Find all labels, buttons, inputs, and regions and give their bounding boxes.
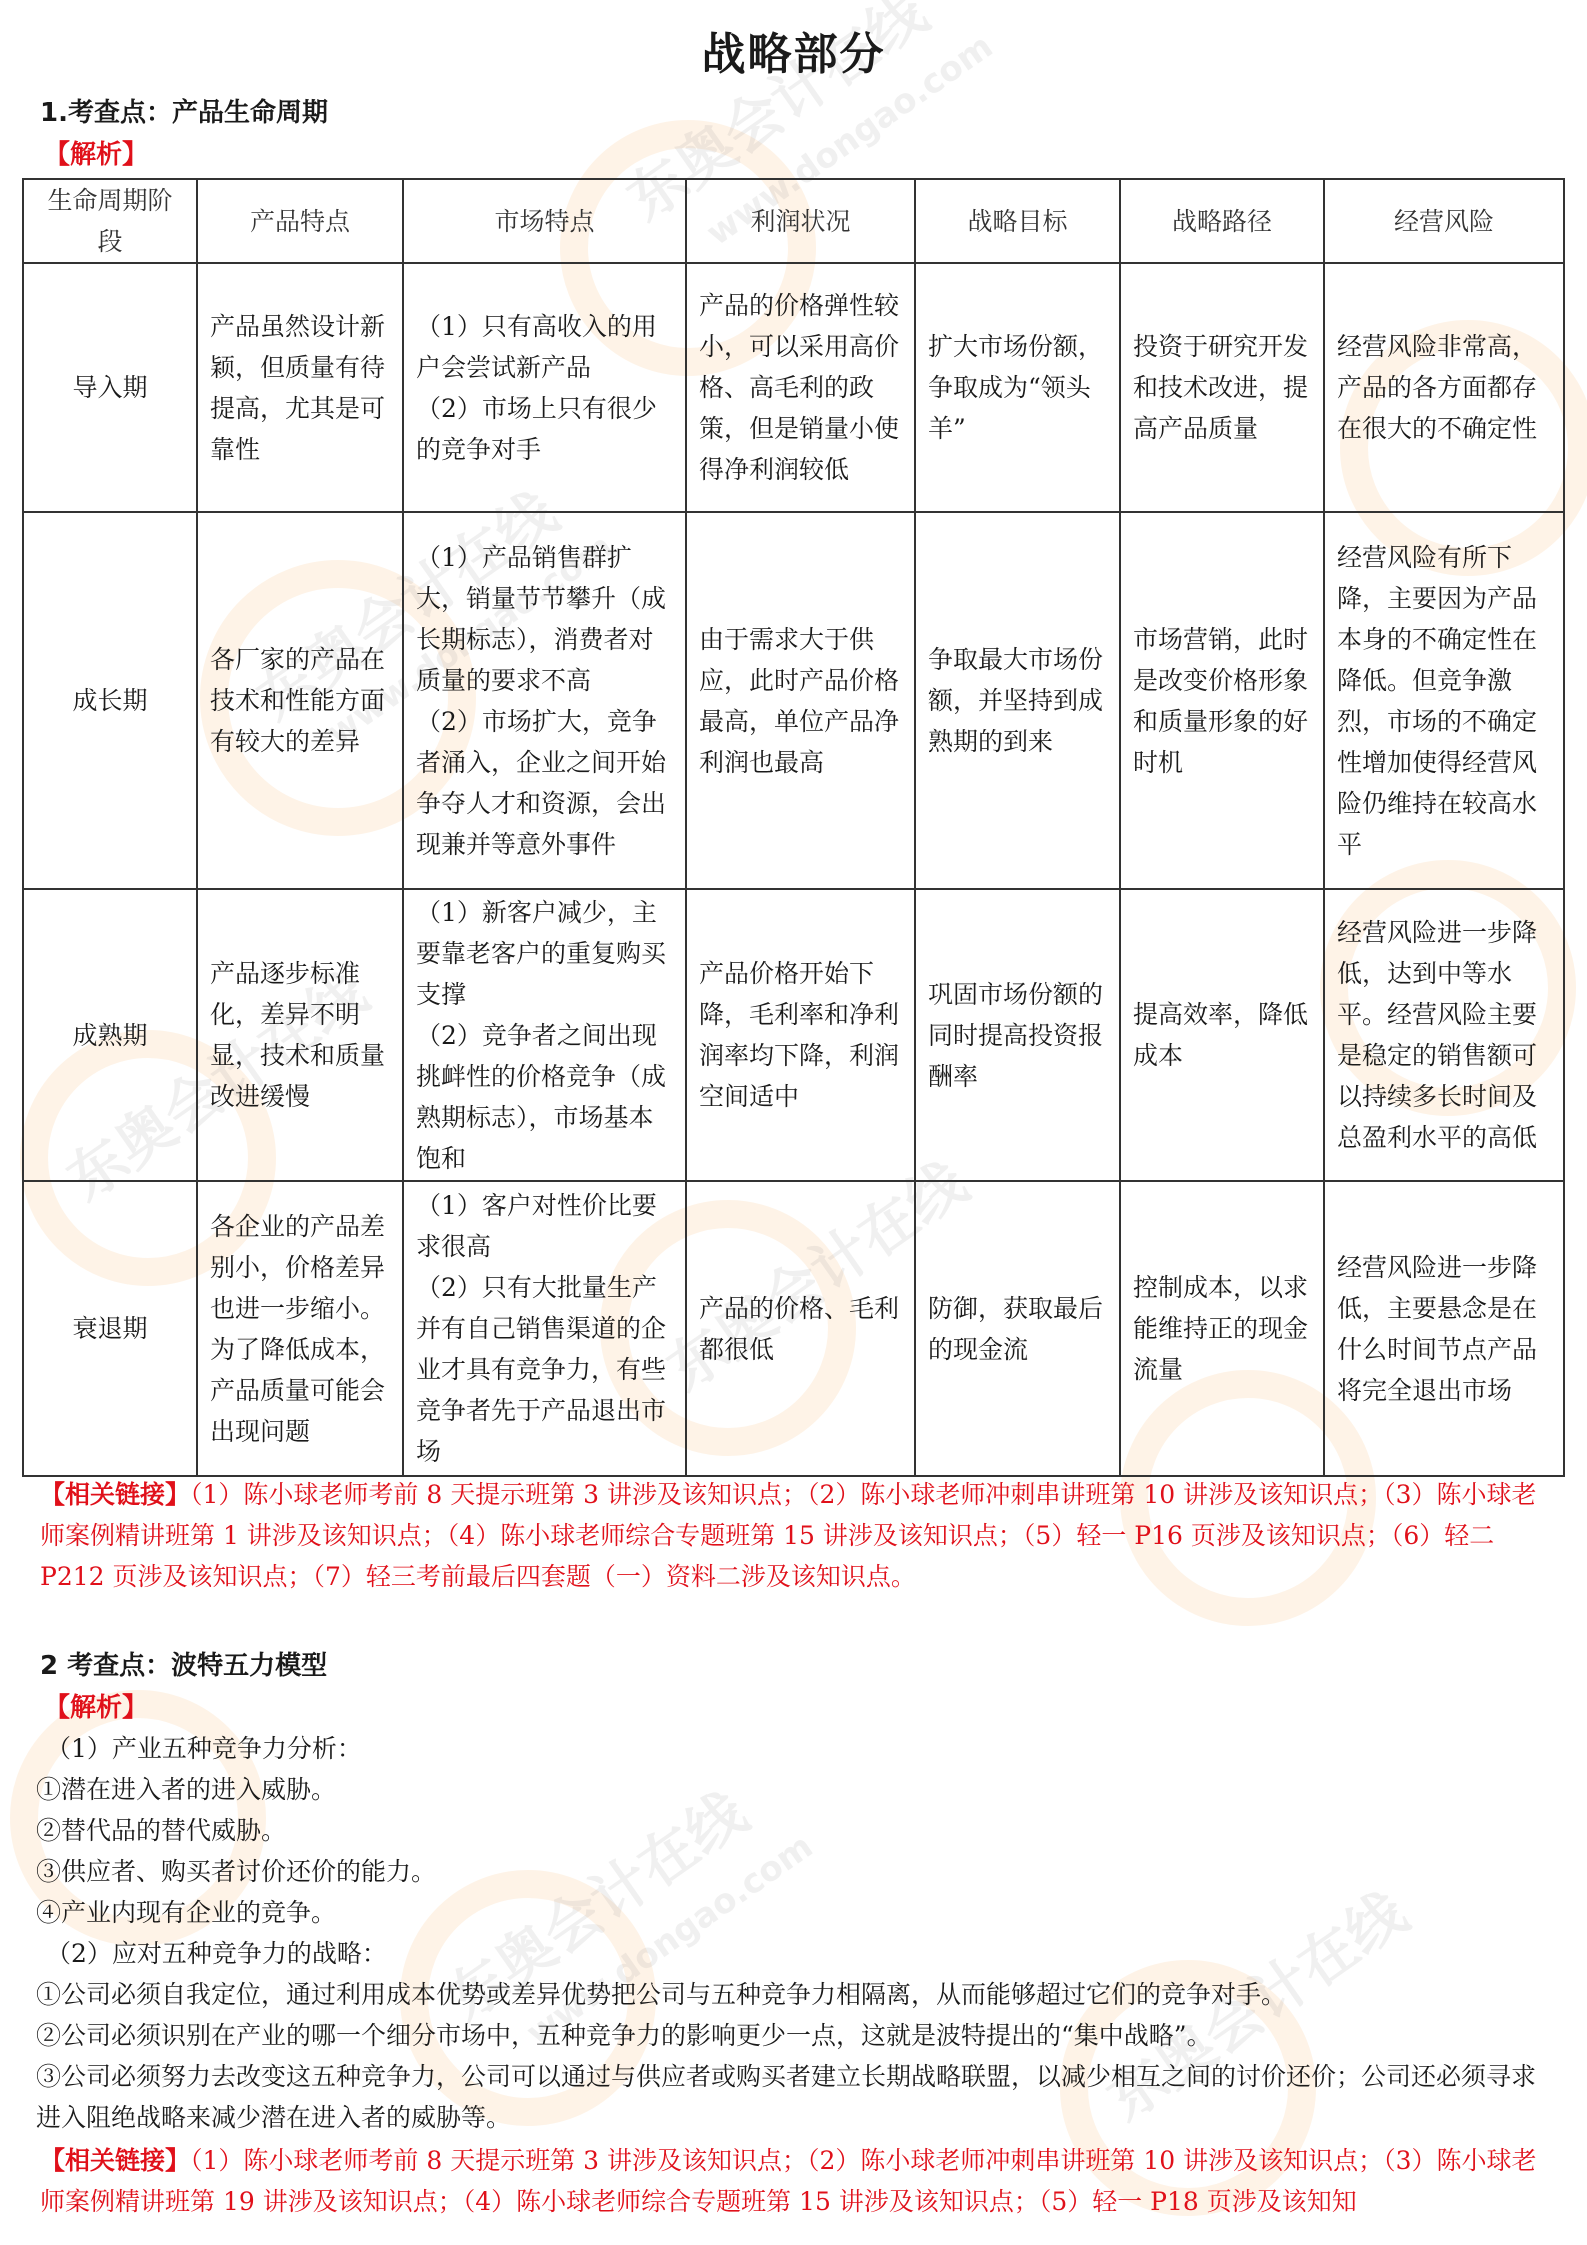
cell-product: 产品逐步标准化，差异不明显，技术和质量改进缓慢	[197, 889, 403, 1181]
table-row: 衰退期 各企业的产品差别小，价格差异也进一步缩小。为了降低成本，产品质量可能会出…	[23, 1181, 1564, 1476]
analysis-tag: 【解析】	[44, 1687, 148, 1724]
cell-profit: 产品价格开始下降，毛利率和净利润率均下降，利润空间适中	[686, 889, 915, 1181]
related-links-text: （1）陈小球老师考前 8 天提示班第 3 讲涉及该知识点；（2）陈小球老师冲刺串…	[40, 1480, 1537, 1591]
related-links-label: 【相关链接】	[40, 1480, 190, 1509]
cell-stage: 成长期	[23, 512, 197, 889]
analysis-tag: 【解析】	[44, 134, 148, 171]
paragraph: ①潜在进入者的进入威胁。	[36, 1769, 1556, 1810]
cell-goal: 防御，获取最后的现金流	[915, 1181, 1120, 1476]
paragraph: （2）应对五种竞争力的战略：	[36, 1933, 1556, 1974]
paragraph: ③供应者、购买者讨价还价的能力。	[36, 1851, 1556, 1892]
cell-market: （1）客户对性价比要求很高 （2）只有大批量生产并有自己销售渠道的企业才具有竞争…	[403, 1181, 686, 1476]
cell-product: 各企业的产品差别小，价格差异也进一步缩小。为了降低成本，产品质量可能会出现问题	[197, 1181, 403, 1476]
column-header: 产品特点	[197, 179, 403, 263]
table-row: 导入期 产品虽然设计新颖，但质量有待提高，尤其是可靠性 （1）只有高收入的用户会…	[23, 263, 1564, 512]
cell-profit: 由于需求大于供应，此时产品价格最高，单位产品净利润也最高	[686, 512, 915, 889]
cell-goal: 扩大市场份额，争取成为“领头羊”	[915, 263, 1120, 512]
column-header: 战略路径	[1120, 179, 1324, 263]
cell-market: （1）只有高收入的用户会尝试新产品 （2）市场上只有很少的竞争对手	[403, 263, 686, 512]
cell-market: （1）产品销售群扩大，销量节节攀升（成长期标志），消费者对质量的要求不高 （2）…	[403, 512, 686, 889]
cell-product: 各厂家的产品在技术和性能方面有较大的差异	[197, 512, 403, 889]
cell-path: 控制成本，以求能维持正的现金流量	[1120, 1181, 1324, 1476]
section-heading: 1.考查点：产品生命周期	[40, 92, 328, 129]
cell-path: 市场营销，此时是改变价格形象和质量形象的好时机	[1120, 512, 1324, 889]
lifecycle-table: 生命周期阶段 产品特点 市场特点 利润状况 战略目标 战略路径 经营风险 导入期…	[22, 178, 1565, 1477]
table-row: 成长期 各厂家的产品在技术和性能方面有较大的差异 （1）产品销售群扩大，销量节节…	[23, 512, 1564, 889]
column-header: 经营风险	[1324, 179, 1564, 263]
paragraph: （1）产业五种竞争力分析：	[36, 1728, 1556, 1769]
cell-profit: 产品的价格、毛利都很低	[686, 1181, 915, 1476]
table-header-row: 生命周期阶段 产品特点 市场特点 利润状况 战略目标 战略路径 经营风险	[23, 179, 1564, 263]
related-links-text: （1）陈小球老师考前 8 天提示班第 3 讲涉及该知识点；（2）陈小球老师冲刺串…	[40, 2146, 1537, 2216]
related-links: 【相关链接】（1）陈小球老师考前 8 天提示班第 3 讲涉及该知识点；（2）陈小…	[40, 2140, 1550, 2222]
column-header: 市场特点	[403, 179, 686, 263]
paragraph: ①公司必须自我定位，通过利用成本优势或差异优势把公司与五种竞争力相隔离，从而能够…	[36, 1974, 1556, 2015]
cell-stage: 成熟期	[23, 889, 197, 1181]
cell-risk: 经营风险进一步降低，达到中等水平。经营风险主要是稳定的销售额可以持续多长时间及总…	[1324, 889, 1564, 1181]
related-links: 【相关链接】（1）陈小球老师考前 8 天提示班第 3 讲涉及该知识点；（2）陈小…	[40, 1474, 1550, 1597]
paragraph: ②替代品的替代威胁。	[36, 1810, 1556, 1851]
cell-risk: 经营风险有所下降，主要因为产品本身的不确定性在降低。但竞争激烈，市场的不确定性增…	[1324, 512, 1564, 889]
related-links-label: 【相关链接】	[40, 2146, 190, 2175]
cell-product: 产品虽然设计新颖，但质量有待提高，尤其是可靠性	[197, 263, 403, 512]
five-forces-body: （1）产业五种竞争力分析： ①潜在进入者的进入威胁。 ②替代品的替代威胁。 ③供…	[36, 1728, 1556, 2138]
cell-path: 投资于研究开发和技术改进，提高产品质量	[1120, 263, 1324, 512]
cell-risk: 经营风险进一步降低，主要悬念是在什么时间节点产品将完全退出市场	[1324, 1181, 1564, 1476]
column-header: 利润状况	[686, 179, 915, 263]
column-header: 生命周期阶段	[23, 179, 197, 263]
cell-goal: 争取最大市场份额，并坚持到成熟期的到来	[915, 512, 1120, 889]
cell-goal: 巩固市场份额的同时提高投资报酬率	[915, 889, 1120, 1181]
paragraph: ②公司必须识别在产业的哪一个细分市场中，五种竞争力的影响更少一点，这就是波特提出…	[36, 2015, 1556, 2056]
cell-stage: 衰退期	[23, 1181, 197, 1476]
paragraph: ④产业内现有企业的竞争。	[36, 1892, 1556, 1933]
paragraph: ③公司必须努力去改变这五种竞争力，公司可以通过与供应者或购买者建立长期战略联盟，…	[36, 2056, 1556, 2138]
cell-profit: 产品的价格弹性较小，可以采用高价格、高毛利的政策，但是销量小使得净利润较低	[686, 263, 915, 512]
table-row: 成熟期 产品逐步标准化，差异不明显，技术和质量改进缓慢 （1）新客户减少，主要靠…	[23, 889, 1564, 1181]
cell-stage: 导入期	[23, 263, 197, 512]
cell-path: 提高效率，降低成本	[1120, 889, 1324, 1181]
cell-risk: 经营风险非常高，产品的各方面都存在很大的不确定性	[1324, 263, 1564, 512]
section-heading: 2 考查点：波特五力模型	[40, 1645, 327, 1682]
column-header: 战略目标	[915, 179, 1120, 263]
page-title: 战略部分	[0, 18, 1587, 82]
cell-market: （1）新客户减少，主要靠老客户的重复购买支撑 （2）竞争者之间出现挑衅性的价格竞…	[403, 889, 686, 1181]
